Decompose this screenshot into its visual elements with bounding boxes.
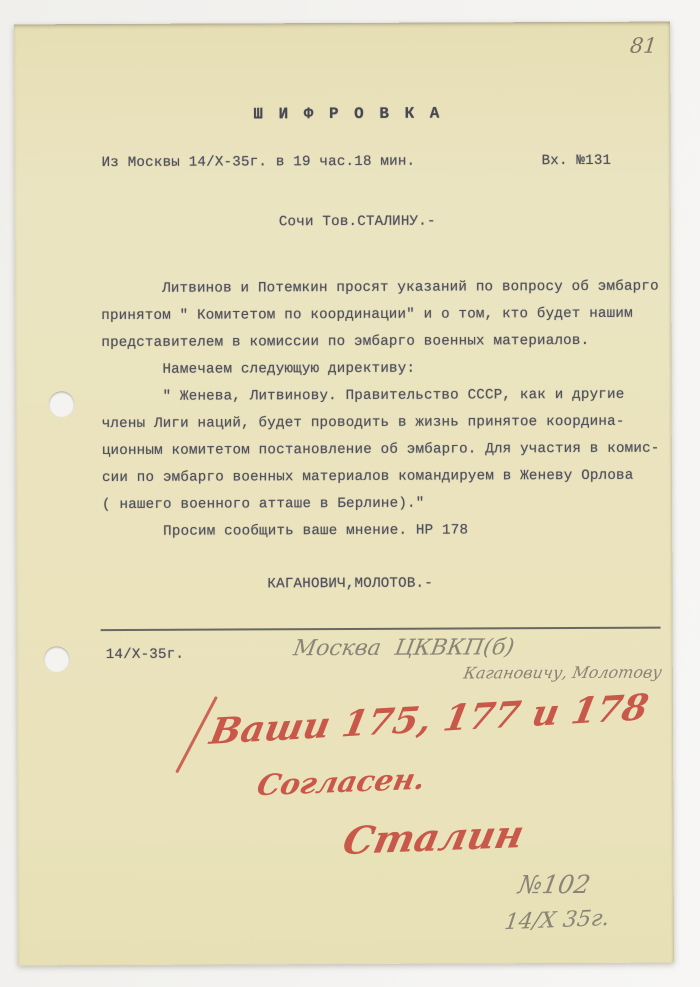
punch-hole-top [49, 391, 75, 417]
stalin-signature: Сталин [339, 811, 528, 863]
body-line: Литвинов и Потемкин просят указаний по в… [101, 279, 659, 308]
body-line: сии по эмбарго военных материалов команд… [102, 468, 660, 497]
date-note: 14/X-35г. [106, 647, 185, 663]
separator-line [101, 627, 661, 631]
red-resolution-line2: Согласен. [254, 762, 429, 803]
folio-number: 81 [629, 34, 658, 58]
telegram-page: 81 Ш И Ф Р О В К А Из Москвы 14/X-35г. в… [14, 22, 674, 966]
red-resolution-line1: Ваши 175, 177 и 178 [206, 686, 651, 753]
pencil-address-line2: Кагановичу, Молотову [462, 663, 663, 683]
pencil-number: №102 [516, 870, 592, 899]
body-line: представителем в комиссии по эмбарго вое… [101, 333, 659, 362]
incoming-number: Вх. №131 [542, 153, 612, 169]
punch-hole-bottom [44, 646, 70, 672]
origin-line: Из Москвы 14/X-35г. в 19 час.18 мин. [102, 154, 416, 171]
body-line: члены Лиги наций, будет проводить в жизн… [102, 414, 660, 443]
document-title: Ш И Ф Р О В К А [253, 105, 442, 124]
body-line: принятом " Комитетом по координации" и о… [101, 306, 659, 335]
signature-line: КАГАНОВИЧ,МОЛОТОВ.- [267, 576, 433, 593]
pencil-date: 14/X 35г. [503, 906, 611, 935]
scan-background: 81 Ш И Ф Р О В К А Из Москвы 14/X-35г. в… [0, 0, 700, 987]
body-line: Просим сообщить ваше мнение. НР 178 [102, 522, 660, 551]
body-line: ( нашего военного атташе в Берлине)." [102, 495, 660, 524]
body-line: Намечаем следующую директиву: [101, 360, 659, 389]
body-line: ционным комитетом постановление об эмбар… [102, 441, 660, 470]
body-line: " Женева, Литвинову. Правительство СССР,… [102, 387, 660, 416]
pencil-address-line1: Москва ЦКВКП(б) [292, 635, 517, 661]
addressee-line: Сочи Тов.СТАЛИНУ.- [279, 214, 436, 231]
body-text: Литвинов и Потемкин просят указаний по в… [101, 279, 660, 551]
